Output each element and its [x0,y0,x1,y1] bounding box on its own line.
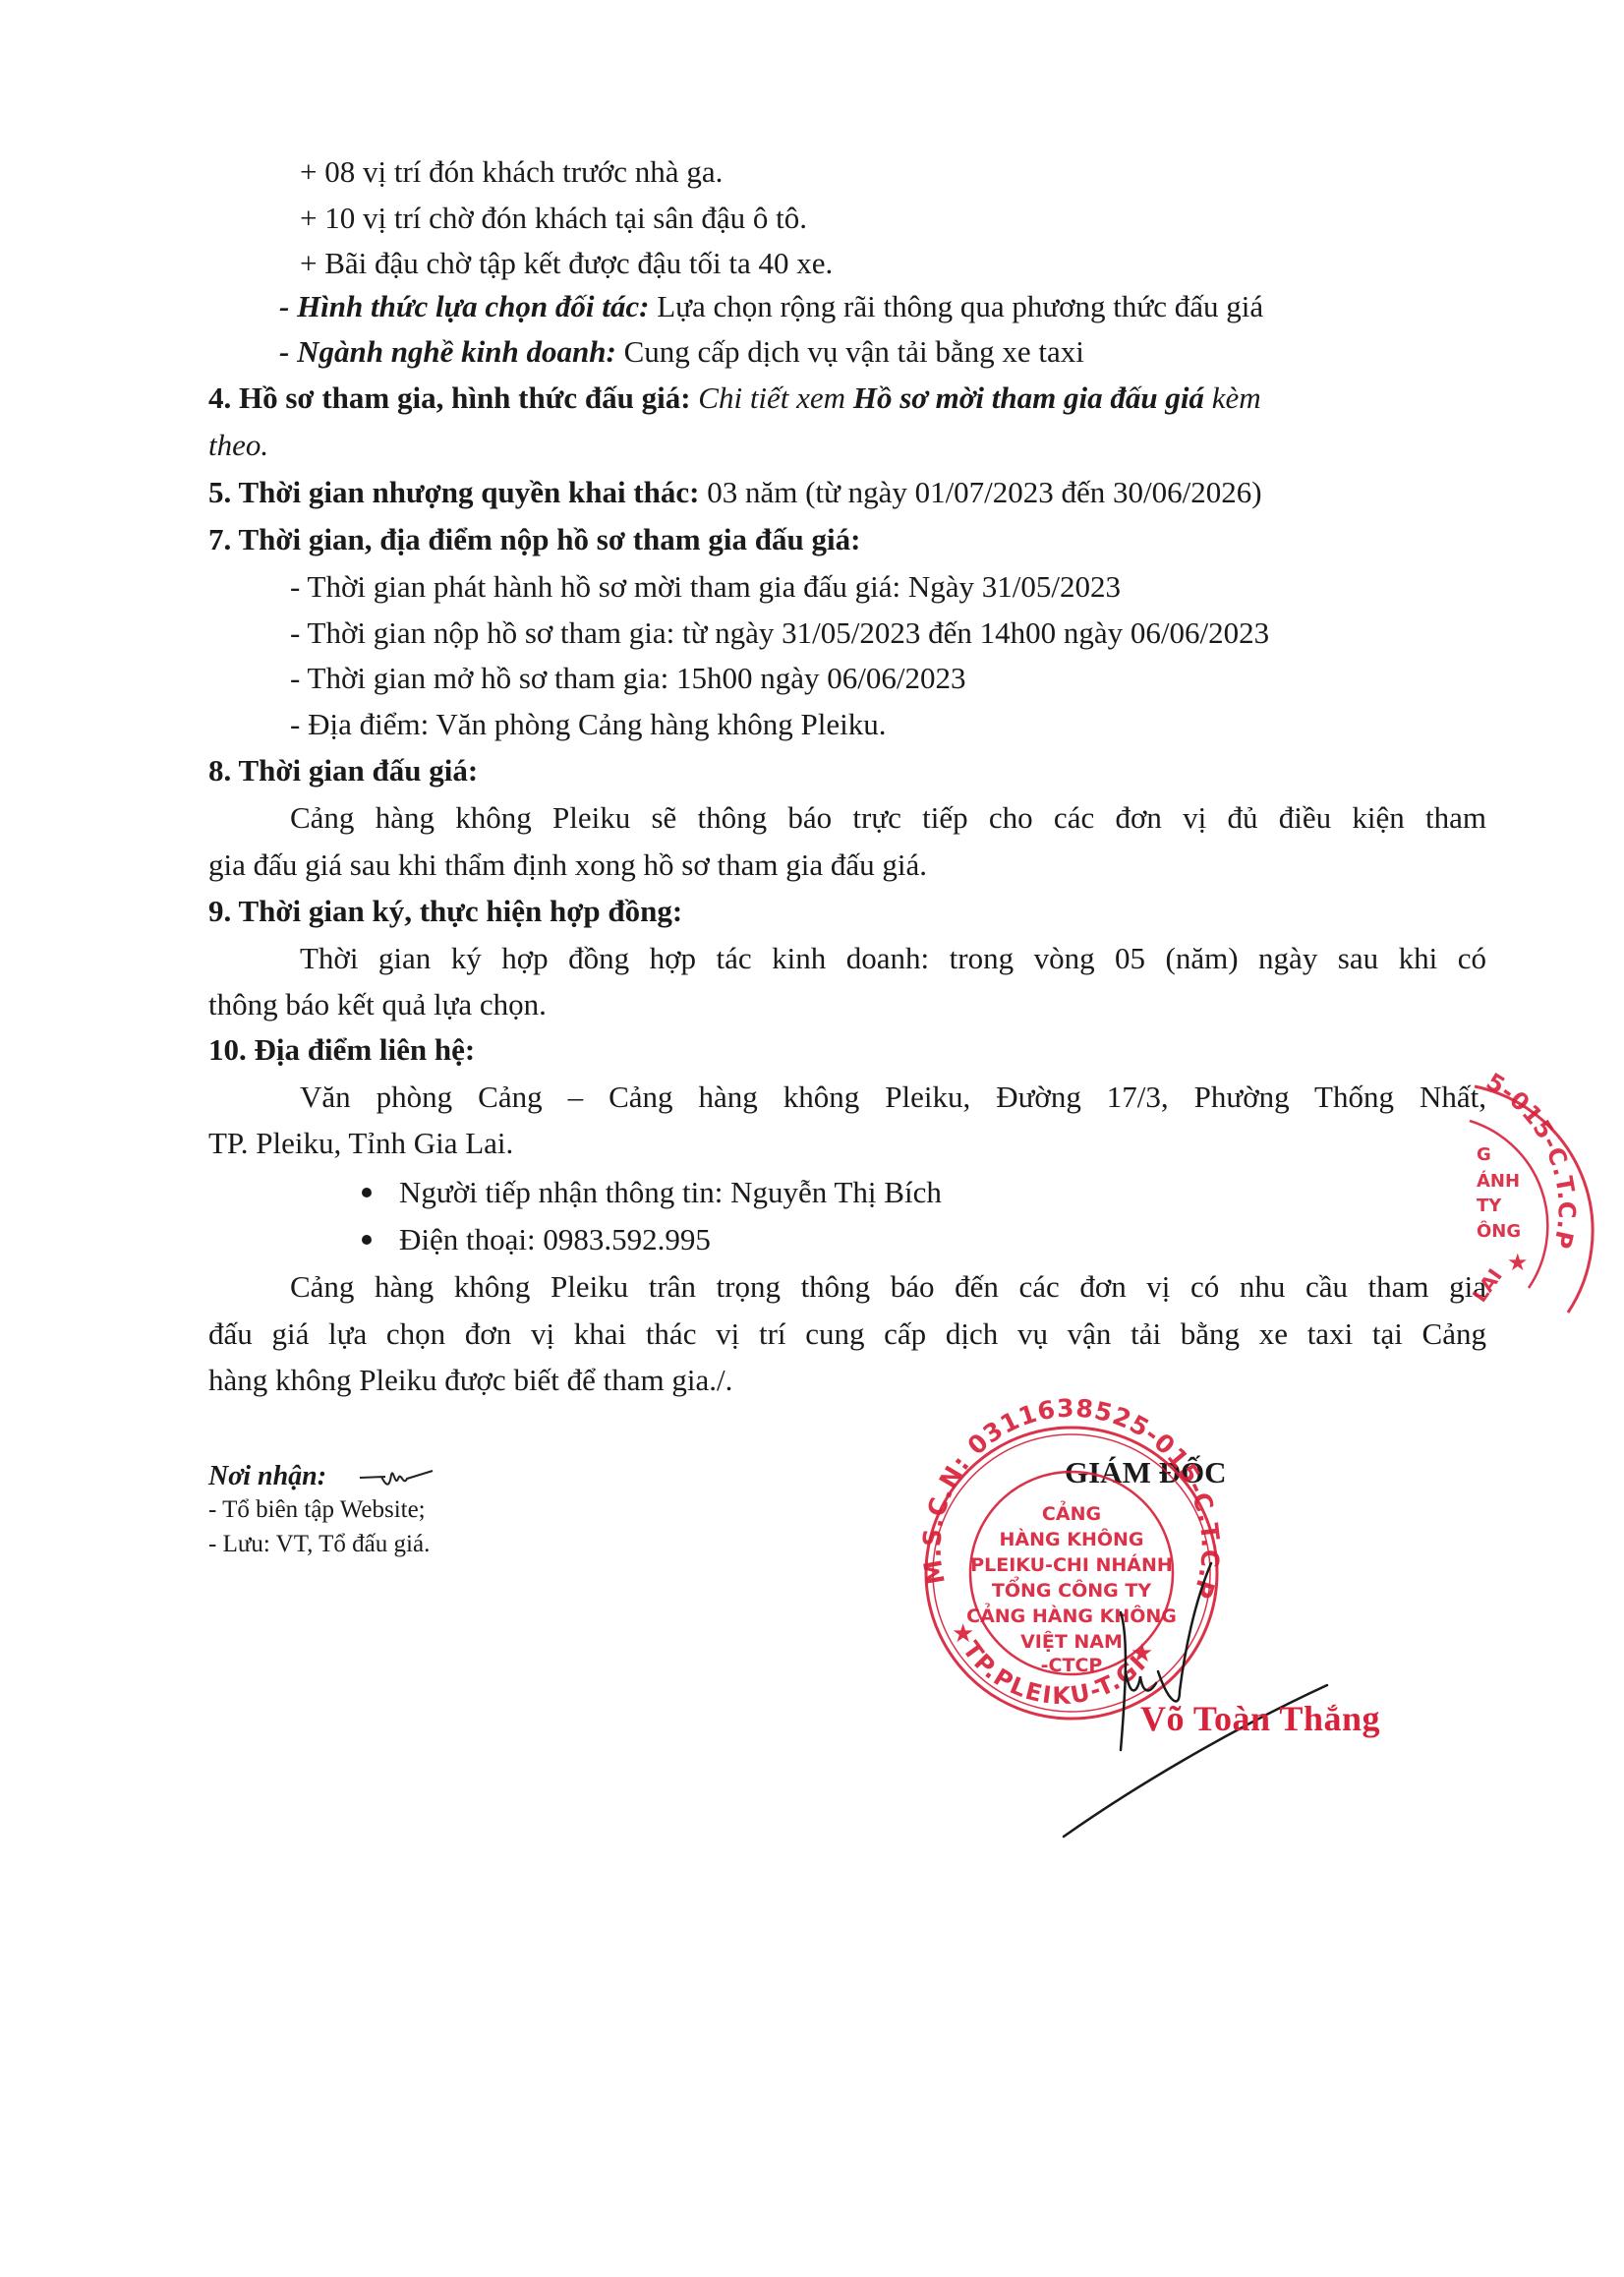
section-10-heading: 10. Địa điểm liên hệ: [208,1030,475,1070]
svg-text:★: ★ [1507,1249,1529,1276]
svg-text:PLEIKU-CHI NHÁNH: PLEIKU-CHI NHÁNH [970,1553,1173,1576]
svg-text:G: G [1477,1144,1491,1165]
contact-phone-text: Điện thoại: 0983.592.995 [399,1222,711,1256]
sublist-item: + 10 vị trí chờ đón khách tại sân đậu ô … [300,199,807,238]
section-9-heading: 9. Thời gian ký, thực hiện hợp đồng: [208,892,682,931]
recipients-label: Nơi nhận: [208,1457,326,1496]
svg-text:5-015-C.T.C.P: 5-015-C.T.C.P [1481,1068,1581,1253]
section-9-text: Thời gian ký hợp đồng hợp tác kinh doanh… [300,939,1486,978]
section-4-doc-ref: Hồ sơ mời tham gia đấu giá [853,380,1204,415]
signer-title: GIÁM ĐỐC [1065,1453,1226,1492]
sublist-item: + Bãi đậu chờ tập kết được đậu tối ta 40… [300,244,833,283]
svg-text:★: ★ [1131,1639,1153,1668]
section-8-text: gia đấu giá sau khi thẩm định xong hồ sơ… [208,846,927,885]
section-4-continuation: theo. [208,426,268,465]
business-line-value: Cung cấp dịch vụ vận tải bằng xe taxi [616,334,1084,369]
business-line-label: - Ngành nghề kinh doanh: [279,334,616,369]
section-4: 4. Hồ sơ tham gia, hình thức đấu giá: Ch… [208,379,1486,418]
svg-text:TỔNG CÔNG TY: TỔNG CÔNG TY [992,1575,1151,1602]
recipient-item: - Lưu: VT, Tổ đấu giá. [208,1530,430,1559]
sublist-item: + 08 vị trí đón khách trước nhà ga. [300,152,723,192]
contact-person: Người tiếp nhận thông tin: Nguyễn Thị Bí… [362,1173,942,1212]
partner-selection: - Hình thức lựa chọn đối tác: Lựa chọn r… [279,287,1263,326]
section-4-text: Chi tiết xem [691,380,853,415]
svg-text:-CTCP: -CTCP [1041,1655,1103,1676]
section-7-heading: 7. Thời gian, địa điểm nộp hồ sơ tham gi… [208,520,860,559]
recipient-item: - Tổ biên tập Website; [208,1495,426,1525]
section-5-heading: 5. Thời gian nhượng quyền khai thác: [208,475,699,509]
closing-text: Cảng hàng không Pleiku trân trọng thông … [290,1267,1486,1307]
svg-text:ÔNG: ÔNG [1477,1220,1521,1242]
bullet-icon [362,1188,372,1197]
section-9-text: thông báo kết quả lựa chọn. [208,985,547,1024]
section-8-text: Cảng hàng không Pleiku sẽ thông báo trực… [290,798,1486,838]
section-4-heading: 4. Hồ sơ tham gia, hình thức đấu giá: [208,380,691,415]
svg-text:M.S.C.N: 0311638525-015-C.T.C.: M.S.C.N: 0311638525-015-C.T.C.P [917,1394,1225,1604]
section-10-address: TP. Pleiku, Tỉnh Gia Lai. [208,1124,513,1163]
svg-text:★: ★ [952,1619,974,1649]
partner-selection-value: Lựa chọn rộng rãi thông qua phương thức … [649,289,1263,323]
section-8-heading: 8. Thời gian đấu giá: [208,751,478,790]
contact-person-text: Người tiếp nhận thông tin: Nguyễn Thị Bí… [399,1175,942,1209]
contact-phone: Điện thoại: 0983.592.995 [362,1220,711,1259]
svg-text:CẢNG: CẢNG [1042,1500,1101,1525]
section-5-value: 03 năm (từ ngày 01/07/2023 đến 30/06/202… [699,475,1261,509]
closing-text: đấu giá lựa chọn đơn vị khai thác vị trí… [208,1314,1486,1354]
svg-text:CẢNG HÀNG KHÔNG: CẢNG HÀNG KHÔNG [966,1603,1177,1627]
svg-text:HÀNG KHÔNG: HÀNG KHÔNG [1000,1527,1144,1550]
svg-text:ÁNH: ÁNH [1477,1170,1520,1192]
section-7-item: - Địa điểm: Văn phòng Cảng hàng không Pl… [290,705,886,744]
section-5: 5. Thời gian nhượng quyền khai thác: 03 … [208,473,1262,512]
partner-selection-label: - Hình thức lựa chọn đối tác: [279,289,649,323]
section-7-item: - Thời gian nộp hồ sơ tham gia: từ ngày … [290,613,1269,653]
svg-text:TY: TY [1477,1196,1502,1216]
svg-text:VIỆT NAM: VIỆT NAM [1020,1629,1123,1653]
signer-name: Võ Toàn Thắng [1140,1699,1380,1738]
section-4-text: kèm [1204,380,1261,415]
business-line: - Ngành nghề kinh doanh: Cung cấp dịch v… [279,332,1084,372]
section-10-address: Văn phòng Cảng – Cảng hàng không Pleiku,… [300,1078,1486,1117]
section-7-item: - Thời gian mở hồ sơ tham gia: 15h00 ngà… [290,659,966,698]
bullet-icon [362,1235,372,1245]
section-7-item: - Thời gian phát hành hồ sơ mời tham gia… [290,567,1121,607]
closing-text: hàng không Pleiku được biết để tham gia.… [208,1361,732,1400]
